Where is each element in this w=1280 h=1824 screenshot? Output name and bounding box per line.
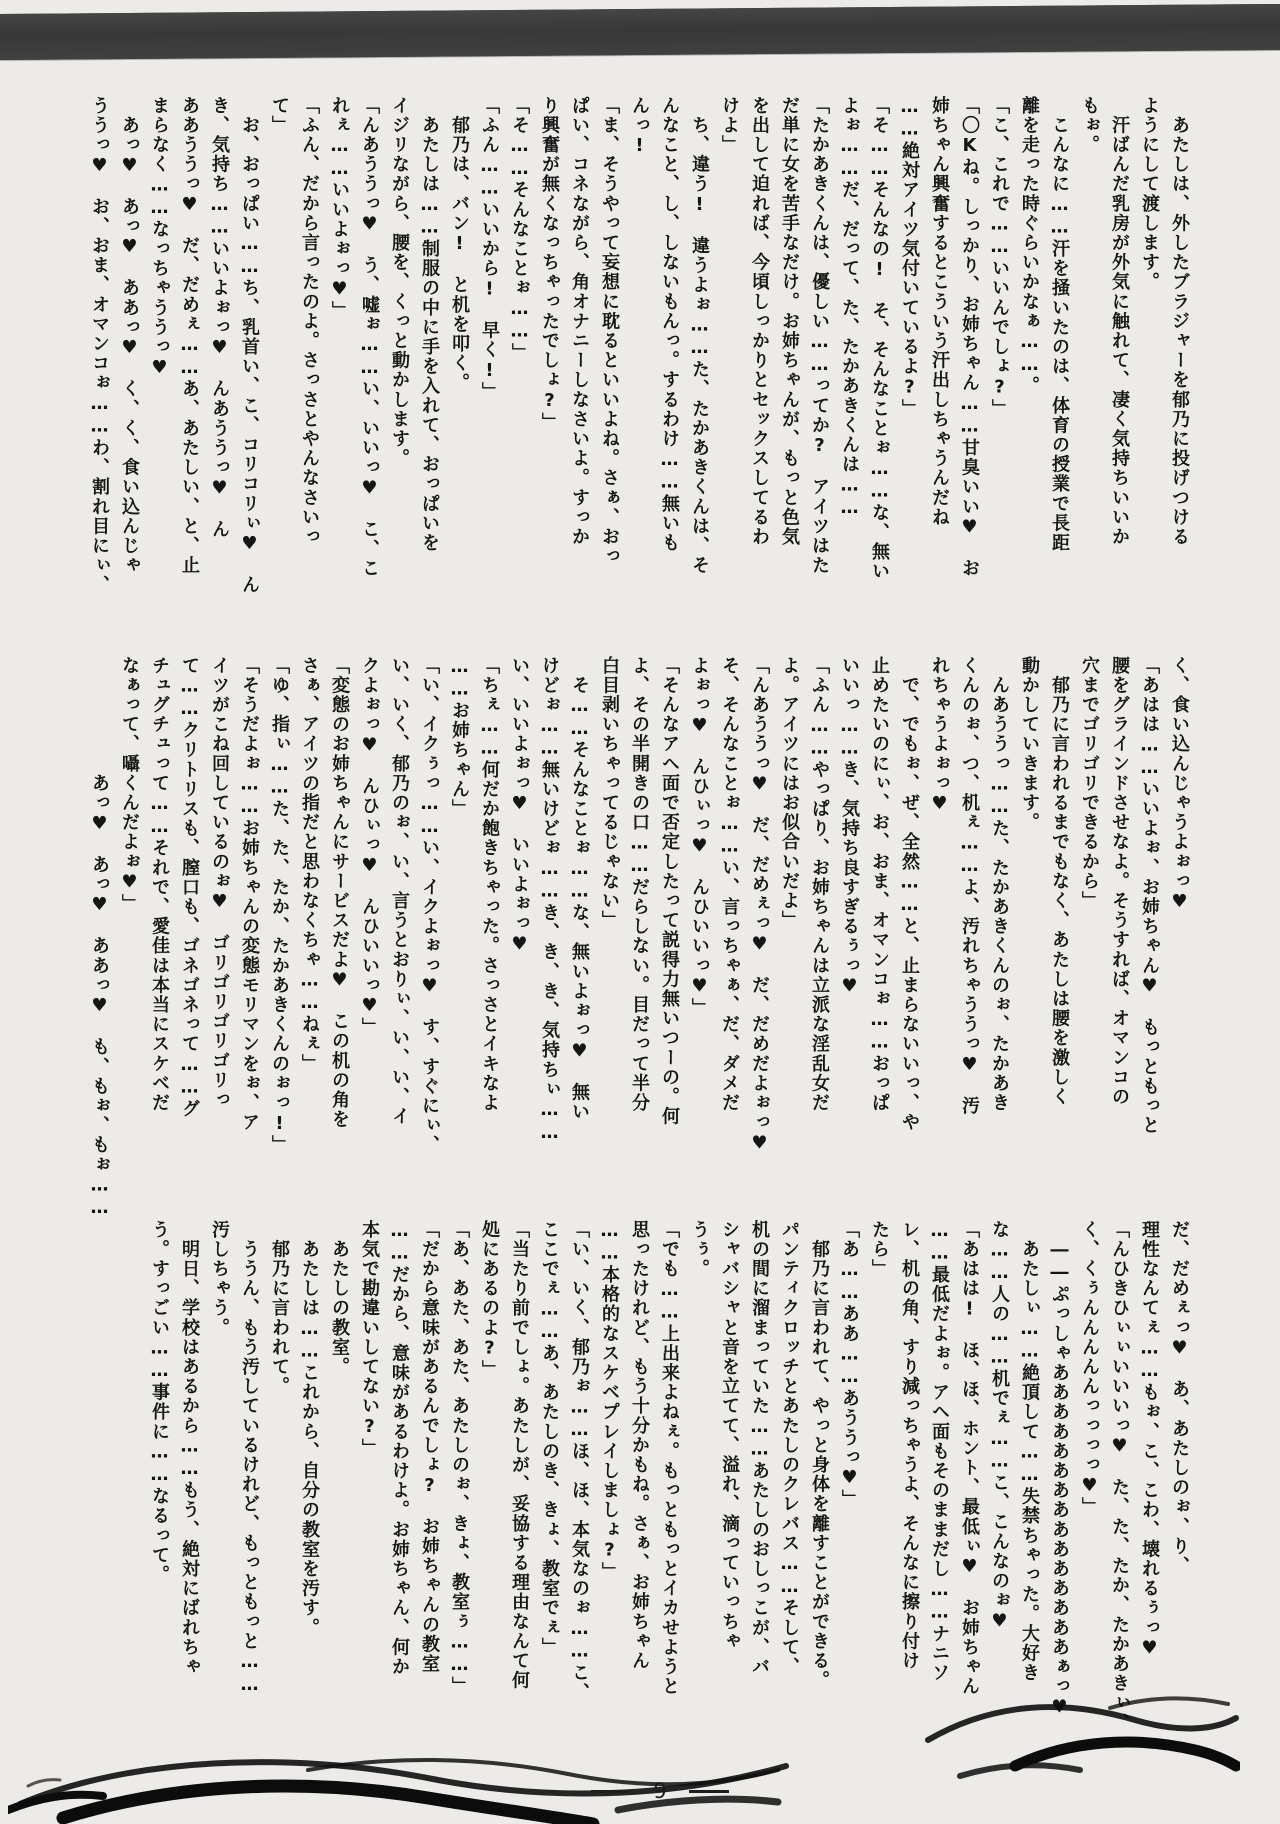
page-number-area: 9 <box>560 1778 760 1804</box>
text-column: 明日、学校はあるから……もう、絶対にばれちゃ <box>174 1220 204 1764</box>
text-column: 止めたいのにぃ、お、おま、オマンコぉ……おっぱ <box>864 656 894 1200</box>
text-column: を出して迫れば、今頃しっかりとセックスしてるわ <box>744 96 774 648</box>
text-column: 動かしていきます。 <box>1014 656 1044 1200</box>
text-column: あたしは、外したブラジャーを郁乃に投げつける <box>1164 96 1194 648</box>
text-column: ここでぇ……あ、あたしのき、きょ、教室でぇ」 <box>534 1220 564 1764</box>
text-column: 「ふん、だから言ったのよ。さっさとやんなさいっ <box>294 96 324 648</box>
text-column: で、でもぉ、ぜ、全然……と、止まらないいっ、や <box>894 656 924 1200</box>
text-column: 机の間に溜まっていた……あたしのおしっこが、バ <box>744 1220 774 1764</box>
text-column: ううん、もう汚しているけれど、もっともっと…… <box>234 1220 264 1764</box>
text-column: 汗ばんだ乳房が外気に触れて、凄く気持ちいいか <box>1104 96 1134 648</box>
text-column: い、いいよぉっ♥ いいよぉっ♥ <box>504 656 534 1200</box>
text-column: レ、机の角、すり減っちゃうよ、そんなに擦り付け <box>894 1220 924 1764</box>
text-band-3: だ、だめぇっ♥ あ、あたしのぉ、り、理性なんてぇ……もぉ、こ、こわ、壊れるぅっ♥… <box>76 1220 1194 1764</box>
text-column: 郁乃は、バン! と机を叩く。 <box>444 96 474 648</box>
text-column: ……最低だよぉ。アヘ面もそのままだし……ナニソ <box>924 1220 954 1764</box>
text-column: 穴までゴリゴリできるから」 <box>1074 656 1104 1200</box>
text-column: 「ちぇ……何だか飽きちゃった。さっさとイキなよ <box>474 656 504 1200</box>
text-column: 「変態のお姉ちゃんにサービスだよ♥ この机の角を <box>324 656 354 1200</box>
text-column: ぱい、コネながら、角オナニーしなさいよ。すっか <box>564 96 594 648</box>
scanned-page: あたしは、外したブラジャーを郁乃に投げつけるようにして渡します。 汗ばんだ乳房が… <box>0 0 1280 1824</box>
text-column: れちゃうよぉっ♥ <box>924 656 954 1200</box>
text-column: き、気持ち……いいよぉっ♥ んあううっ♥ ん <box>204 96 234 648</box>
text-column: あっ♥ あっ♥ ああっ♥ く、く、食い込んじゃ <box>114 96 144 648</box>
text-column: 「ゆ、指ぃ……た、た、たか、たかあきくんのぉっ!」 <box>264 656 294 1200</box>
text-column: シャバシャと音を立てて、溢れ、滴っていっちゃ <box>714 1220 744 1764</box>
text-column: そ……そんなことぉ……な、無いよぉっ♥ 無い <box>564 656 594 1200</box>
text-column: んっ! <box>624 96 654 648</box>
text-column: まらなく……なっちゃううっ♥ <box>144 96 174 648</box>
text-column: 「ふん……やっぱり、お姉ちゃんは立派な淫乱女だ <box>804 656 834 1200</box>
text-column: 「んひきひぃぃいいいっ♥ た、た、たか、たかあきぃ、 <box>1104 1220 1134 1764</box>
text-column: だ、だめぇっ♥ あ、あたしのぉ、り、 <box>1164 1220 1194 1764</box>
text-column: 「そ……そんなことぉ……」 <box>504 96 534 648</box>
text-column: くんのぉ、つ、机ぇ……よ、汚れちゃううっ♥ 汚 <box>954 656 984 1200</box>
text-column: 本気で勘違いしてない?」 <box>354 1220 384 1764</box>
top-banner-bar <box>0 4 1280 60</box>
text-column: 郁乃に言われるまでもなく、あたしは腰を激しく <box>1044 656 1074 1200</box>
text-column: なぁって、囁くんだよぉ♥」 <box>114 656 144 1200</box>
text-column: 郁乃に言われて、やっと身体を離すことができる。 <box>804 1220 834 1764</box>
text-column: ようにして渡します。 <box>1134 96 1164 648</box>
text-column: 処にあるのよ?」 <box>474 1220 504 1764</box>
text-column: ――ぷっしゃあああああああああああああああぁっ♥ <box>1044 1220 1074 1764</box>
text-column: こんなに……汗を掻いたのは、体育の授業で長距 <box>1044 96 1074 648</box>
text-band-1: あたしは、外したブラジャーを郁乃に投げつけるようにして渡します。 汗ばんだ乳房が… <box>76 96 1194 648</box>
text-column: たら」 <box>864 1220 894 1764</box>
text-column: 「ふん……いいから! 早く!」 <box>474 96 504 648</box>
text-column: よぉっ♥ んひぃっ♥ んひいいっ♥」 <box>684 656 714 1200</box>
text-column: クよぉっ♥ んひぃっ♥ んひいいっ♥」 <box>354 656 384 1200</box>
text-column: 姉ちゃん興奮するとこういう汗出しちゃうんだね <box>924 96 954 648</box>
text-column: 「い、いく、郁乃ぉ……ほ、ほ、本気なのぉ……こ、 <box>564 1220 594 1764</box>
text-column: よぉ……だ、だって、た、たかあきくんは…… <box>834 96 864 648</box>
text-column: 「ま、そうやって妄想に耽るといいよね。さぁ、おっ <box>594 96 624 648</box>
text-column: 「あ……ああ……あううっ♥」 <box>834 1220 864 1764</box>
text-column: 離を走った時ぐらいかなぁ……。 <box>1014 96 1044 648</box>
text-column: あたしの教室。 <box>324 1220 354 1764</box>
text-column: 汚しちゃう。 <box>204 1220 234 1764</box>
text-column: パンティクロッチとあたしのクレバス……そして、 <box>774 1220 804 1764</box>
text-column: 「〇Kね。しっかり、お姉ちゃん……甘臭いい♥ お <box>954 96 984 648</box>
text-column: 「たかあきくんは、優しい……ってか? アイツはた <box>804 96 834 648</box>
text-column: 「当たり前でしょ。あたしが、妥協する理由なんて何 <box>504 1220 534 1764</box>
text-column: 「そ……そんなの! そ、そんなことぉ……な、無い <box>864 96 894 648</box>
text-column: よ、その半開きの口……だらしない。目だって半分 <box>624 656 654 1200</box>
text-column: う。すっごい……事件に……なるって。 <box>144 1220 174 1764</box>
text-column: 「こ、これで……いいんでしょ?」 <box>984 96 1014 648</box>
text-column: けよ」 <box>714 96 744 648</box>
text-column: あたしぃ……絶頂して……失禁ちゃった。大好き <box>1014 1220 1044 1764</box>
text-column: 「あはは! ほ、ほ、ホント、最低ぃ♥ お姉ちゃん <box>954 1220 984 1764</box>
text-column: あたしは……これから、自分の教室を汚す。 <box>294 1220 324 1764</box>
text-column: ち、違う! 違うよぉ……た、たかあきくんは、そ <box>684 96 714 648</box>
text-column: 「あはは……いいよぉ、お姉ちゃん♥ もっともっと <box>1134 656 1164 1200</box>
text-column: だ単に女を苦手なだけ。お姉ちゃんが、もっと色気 <box>774 96 804 648</box>
text-column: 白目剥いちゃってるじゃない」 <box>594 656 624 1200</box>
text-column: 理性なんてぇ……もぉ、こ、こわ、壊れるぅっ♥ <box>1134 1220 1164 1764</box>
text-column: 「んあううっ♥ う、嘘ぉ……い、いいっ♥ こ、こ <box>354 96 384 648</box>
text-column: て」 <box>264 96 294 648</box>
text-column: ああううっ♥ だ、だめぇ……あ、あたしい、と、止 <box>174 96 204 648</box>
text-column: そ、そんなことぉ……い、言っちゃぁ、だ、ダメだ <box>714 656 744 1200</box>
text-column: 郁乃に言われて。 <box>264 1220 294 1764</box>
text-column: り興奮が無くなっちゃったでしょ?」 <box>534 96 564 648</box>
text-column: れぇ……いいよぉっ♥」 <box>324 96 354 648</box>
text-column: 「だから意味があるんでしょ? お姉ちゃんの教室 <box>414 1220 444 1764</box>
text-column: うぅ。 <box>684 1220 714 1764</box>
page-number: 9 <box>653 1781 666 1802</box>
page-number-dash-right <box>689 1790 729 1793</box>
text-column: く、くぅんんんんんっっっっ♥」 <box>1074 1220 1104 1764</box>
text-column: て……クリトリスも、膣口も、ゴネゴネって……グ <box>174 656 204 1200</box>
text-column: さぁ、アイツの指だと思わなくちゃ……ねぇ」 <box>294 656 324 1200</box>
text-column: ……本格的なスケベプレイしましょ?」 <box>594 1220 624 1764</box>
text-column: 「そんなアヘ面で否定したって説得力無いつーの。何 <box>654 656 684 1200</box>
text-column: んあううっ……た、たかあきくんのぉ、たかあき <box>984 656 1014 1200</box>
text-column: い、いく、郁乃のぉ、い、言うとおりぃ、い、い、イ <box>384 656 414 1200</box>
text-column: お、おっぱい……ち、乳首い、こ、コリコリぃ♥ ん <box>234 96 264 648</box>
text-column: 思ったけれど、もう十分かもね。さぁ、お姉ちゃん <box>624 1220 654 1764</box>
text-column: イジリながら、腰を、くっと動かします。 <box>384 96 414 648</box>
text-column: 「い、イクぅっ……い、イクよぉっ♥ す、すぐにぃ、 <box>414 656 444 1200</box>
text-column: あっ♥ あっ♥ ああっ♥ も、もぉ、もぉ…… <box>84 656 114 1200</box>
page-number-dash-left <box>591 1790 631 1793</box>
text-column: チュグチュって……それで、愛佳は本当にスケベだ <box>144 656 174 1200</box>
text-column: あたしは……制服の中に手を入れて、おっぱいを <box>414 96 444 648</box>
text-column: 「そうだよぉ……お姉ちゃんの変態モリマンをぉ、ア <box>234 656 264 1200</box>
text-column: もぉ。 <box>1074 96 1104 648</box>
text-column: 「でも……上出来よねぇ。もっともっとイカせようと <box>654 1220 684 1764</box>
text-column: 「んあううっ♥ だ、だめぇっ♥ だ、だめだよぉっ♥ <box>744 656 774 1200</box>
text-column: イツがこね回しているのぉ♥ ゴリゴリゴリゴリっ <box>204 656 234 1200</box>
text-column: ……お姉ちゃん」 <box>444 656 474 1200</box>
text-column: いいっ……き、気持ち良すぎるぅっ♥ <box>834 656 864 1200</box>
text-band-2: く、食い込んじゃうよぉっ♥「あはは……いいよぉ、お姉ちゃん♥ もっともっと腰をグ… <box>76 656 1194 1200</box>
text-column: ううっ♥ お、おま、オマンコぉ……わ、割れ目にぃ、 <box>84 96 114 648</box>
text-column: んなこと、し、しないもんっ。するわけ……無いも <box>654 96 684 648</box>
text-column: ……だから、意味があるわけよ。お姉ちゃん、何か <box>384 1220 414 1764</box>
text-column: く、食い込んじゃうよぉっ♥ <box>1164 656 1194 1200</box>
text-column: な……人の……机でぇ……こ、こんなのぉ♥ <box>984 1220 1014 1764</box>
text-column: 「あ、あた、あた、あたしのぉ、きょ、教室ぅ……」 <box>444 1220 474 1764</box>
text-column: ……絶対アイツ気付いているよ?」 <box>894 96 924 648</box>
text-column: よ。アイツにはお似合いだよ」 <box>774 656 804 1200</box>
text-column: けどぉ……無いけどぉ……き、き、き、気持ちぃ…… <box>534 656 564 1200</box>
text-column: 腰をグラインドさせなよ。そうすれば、オマンコの <box>1104 656 1134 1200</box>
